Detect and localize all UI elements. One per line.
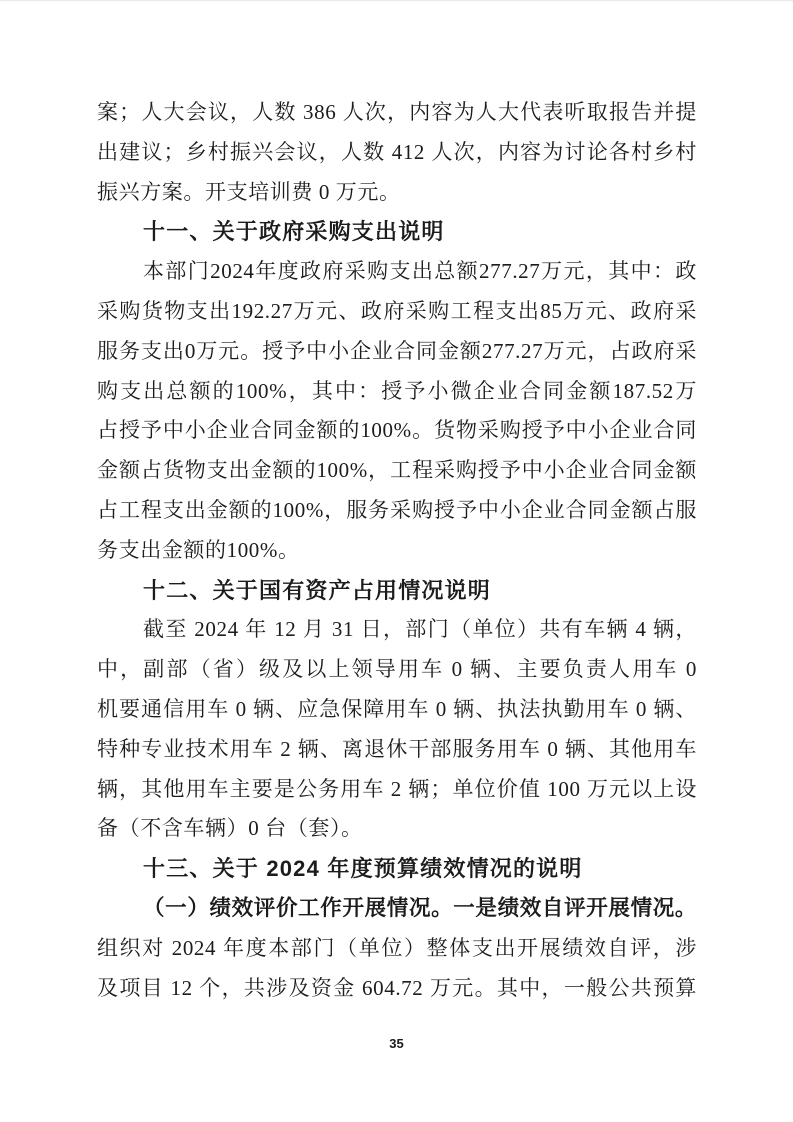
section-heading-procurement: 十一、关于政府采购支出说明 [97,212,697,252]
procurement-paragraph-line: 购支出总额的100%，其中：授予小微企业合同金额187.52万元， [97,372,697,412]
document-page: 案；人大会议，人数 386 人次，内容为人大代表听取报告并提 出建议；乡村振兴会… [0,0,793,1122]
page-content: 案；人大会议，人数 386 人次，内容为人大代表听取报告并提 出建议；乡村振兴会… [97,93,697,1008]
meetings-paragraph-line: 案；人大会议，人数 386 人次，内容为人大代表听取报告并提 [97,93,697,133]
section-heading-budget-performance: 十三、关于 2024 年度预算绩效情况的说明 [97,849,697,889]
state-assets-paragraph-line: 特种专业技术用车 2 辆、离退休干部服务用车 0 辆、其他用车 2 [97,730,697,770]
performance-paragraph-line: 及项目 12 个，共涉及资金 604.72 万元。其中，一般公共预算 [97,969,697,1009]
scan-edge-artifact [0,0,793,2]
procurement-paragraph-line: 占工程支出金额的100%，服务采购授予中小企业合同金额占服 [97,491,697,531]
state-assets-paragraph-line: 机要通信用车 0 辆、应急保障用车 0 辆、执法执勤用车 0 辆、 [97,690,697,730]
sub-heading-performance-evaluation: （一）绩效评价工作开展情况。一是绩效自评开展情况。 [97,889,697,929]
state-assets-paragraph-line: 辆，其他用车主要是公务用车 2 辆；单位价值 100 万元以上设 [97,770,697,810]
state-assets-paragraph-line: 截至 2024 年 12 月 31 日，部门（单位）共有车辆 4 辆，其 [97,610,697,650]
procurement-paragraph-line: 本部门2024年度政府采购支出总额277.27万元，其中：政府 [97,252,697,292]
procurement-paragraph-line: 采购货物支出192.27万元、政府采购工程支出85万元、政府采购 [97,292,697,332]
section-heading-state-assets: 十二、关于国有资产占用情况说明 [97,571,697,611]
meetings-paragraph-line: 出建议；乡村振兴会议，人数 412 人次，内容为讨论各村乡村 [97,133,697,173]
meetings-paragraph-line: 振兴方案。开支培训费 0 万元。 [97,173,697,213]
state-assets-paragraph-line: 备（不含车辆）0 台（套）。 [97,809,697,849]
state-assets-paragraph-line: 中，副部（省）级及以上领导用车 0 辆、主要负责人用车 0 辆、 [97,650,697,690]
performance-paragraph-line: 组织对 2024 年度本部门（单位）整体支出开展绩效自评，涉 [97,929,697,969]
procurement-paragraph-line: 务支出金额的100%。 [97,531,697,571]
procurement-paragraph-line: 占授予中小企业合同金额的100%。货物采购授予中小企业合同 [97,411,697,451]
procurement-paragraph-line: 服务支出0万元。授予中小企业合同金额277.27万元，占政府采 [97,332,697,372]
page-number: 35 [0,1036,793,1051]
procurement-paragraph-line: 金额占货物支出金额的100%，工程采购授予中小企业合同金额 [97,451,697,491]
